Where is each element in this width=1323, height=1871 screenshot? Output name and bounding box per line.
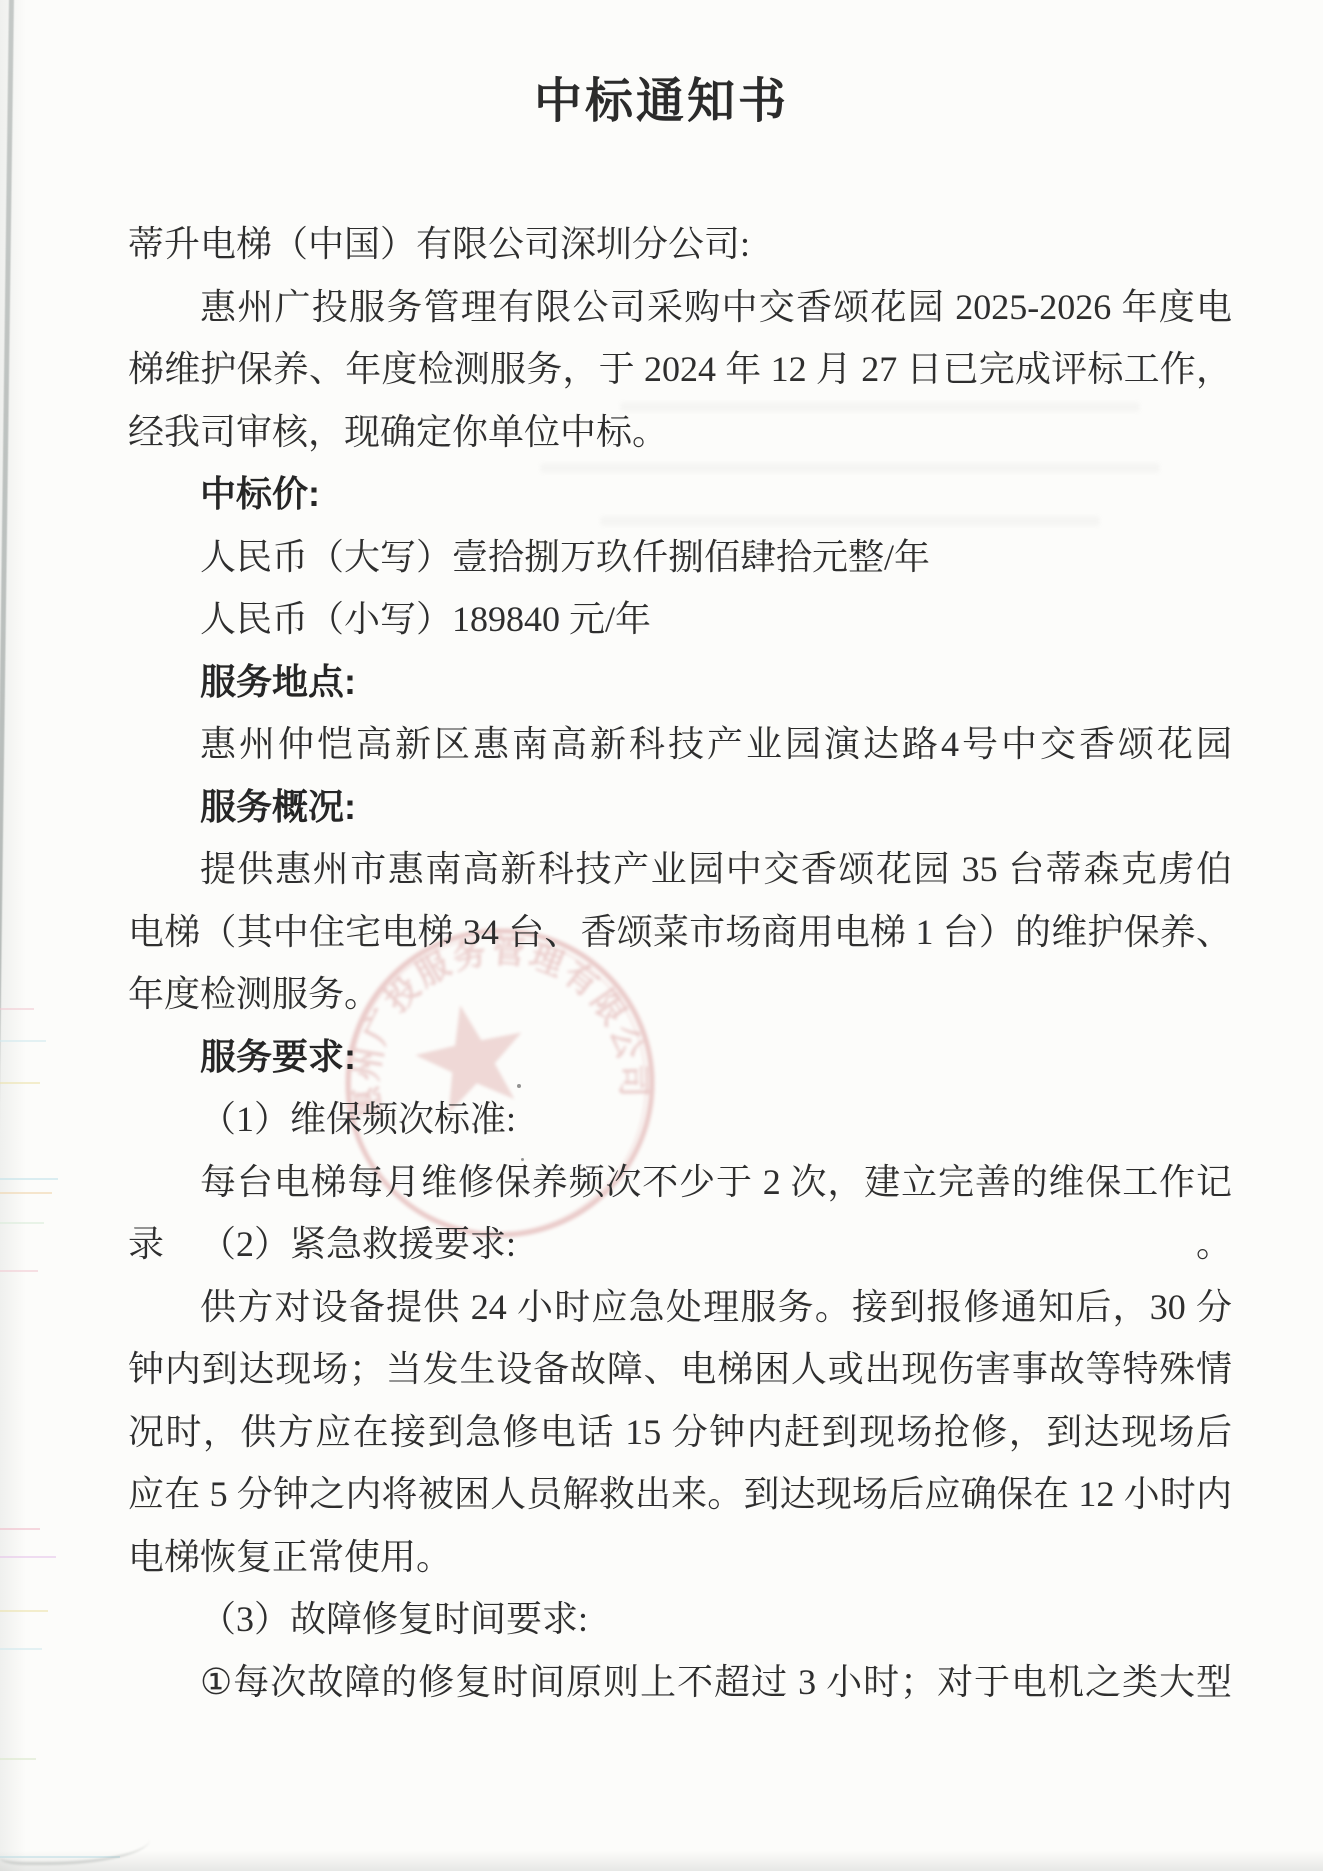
document-body: 蒂升电梯（中国）有限公司深圳分公司: 惠州广投服务管理有限公司采购中交香颂花园 … bbox=[128, 213, 1232, 1713]
scan-artifact-line bbox=[0, 1192, 52, 1194]
scan-artifact-line bbox=[0, 1178, 58, 1180]
section-heading-service-overview: 服务概况: bbox=[128, 776, 1232, 839]
text-line: 惠州广投服务管理有限公司采购中交香颂花园 2025-2026 年度电 bbox=[128, 276, 1232, 339]
list-item-3-heading: （3）故障修复时间要求: bbox=[128, 1588, 1232, 1651]
scan-artifact-line bbox=[0, 1758, 36, 1760]
scan-artifact-line bbox=[0, 1040, 46, 1042]
text-line: 钟内到达现场；当发生设备故障、电梯困人或出现伤害事故等特殊情 bbox=[128, 1338, 1232, 1401]
scan-artifact-line bbox=[0, 1610, 48, 1612]
text-line: 应在 5 分钟之内将被困人员解救出来。到达现场后应确保在 12 小时内 bbox=[128, 1463, 1232, 1526]
section-heading-bid-price: 中标价: bbox=[128, 463, 1232, 526]
section-heading-service-location: 服务地点: bbox=[128, 651, 1232, 714]
text-line: 年度检测服务。 bbox=[128, 963, 1232, 1026]
scan-artifact-line bbox=[0, 1222, 44, 1224]
list-item-1-heading: （1）维保频次标准: bbox=[128, 1088, 1232, 1151]
scan-artifact-line bbox=[0, 1270, 38, 1272]
scanned-document-page: 中标通知书 惠州广投服务管理有限公司 蒂升电梯（中国）有限公司深圳分公司: 惠州… bbox=[0, 0, 1323, 1871]
scan-artifact-line bbox=[0, 1008, 34, 1010]
scan-artifact-line bbox=[0, 1556, 56, 1558]
scan-artifact-line bbox=[0, 1528, 40, 1530]
text-line: 惠州仲恺高新区惠南高新科技产业园演达路4号中交香颂花园 bbox=[128, 713, 1232, 776]
page-bottom-shadow bbox=[0, 1851, 1323, 1871]
addressee-line: 蒂升电梯（中国）有限公司深圳分公司: bbox=[128, 213, 1232, 276]
text-line: 经我司审核，现确定你单位中标。 bbox=[128, 401, 1232, 464]
text-line: 梯维护保养、年度检测服务，于 2024 年 12 月 27 日已完成评标工作， bbox=[128, 338, 1232, 401]
text-line: 电梯（其中住宅电梯 34 台、香颂菜市场商用电梯 1 台）的维护保养、 bbox=[128, 901, 1232, 964]
scan-edge-halo bbox=[0, 0, 26, 1871]
text-line: 每台电梯每月维修保养频次不少于 2 次，建立完善的维保工作记录。 bbox=[128, 1151, 1232, 1214]
text-line: 人民币（小写）189840 元/年 bbox=[128, 588, 1232, 651]
scan-artifact-line bbox=[0, 1648, 42, 1650]
section-heading-service-requirements: 服务要求: bbox=[128, 1026, 1232, 1089]
text-line: ①每次故障的修复时间原则上不超过 3 小时；对于电机之类大型 bbox=[128, 1651, 1232, 1714]
ink-speck bbox=[517, 1084, 521, 1088]
ink-speck bbox=[521, 1158, 524, 1161]
document-title: 中标通知书 bbox=[0, 62, 1323, 131]
text-line: 电梯恢复正常使用。 bbox=[128, 1526, 1232, 1589]
text-line: 供方对设备提供 24 小时应急处理服务。接到报修通知后，30 分 bbox=[128, 1276, 1232, 1339]
text-line: 提供惠州市惠南高新科技产业园中交香颂花园 35 台蒂森克虏伯 bbox=[128, 838, 1232, 901]
text-line: 况时，供方应在接到急修电话 15 分钟内赶到现场抢修，到达现场后 bbox=[128, 1401, 1232, 1464]
text-line: 人民币（大写）壹拾捌万玖仟捌佰肆拾元整/年 bbox=[128, 526, 1232, 589]
scan-artifact-line bbox=[0, 1082, 40, 1084]
